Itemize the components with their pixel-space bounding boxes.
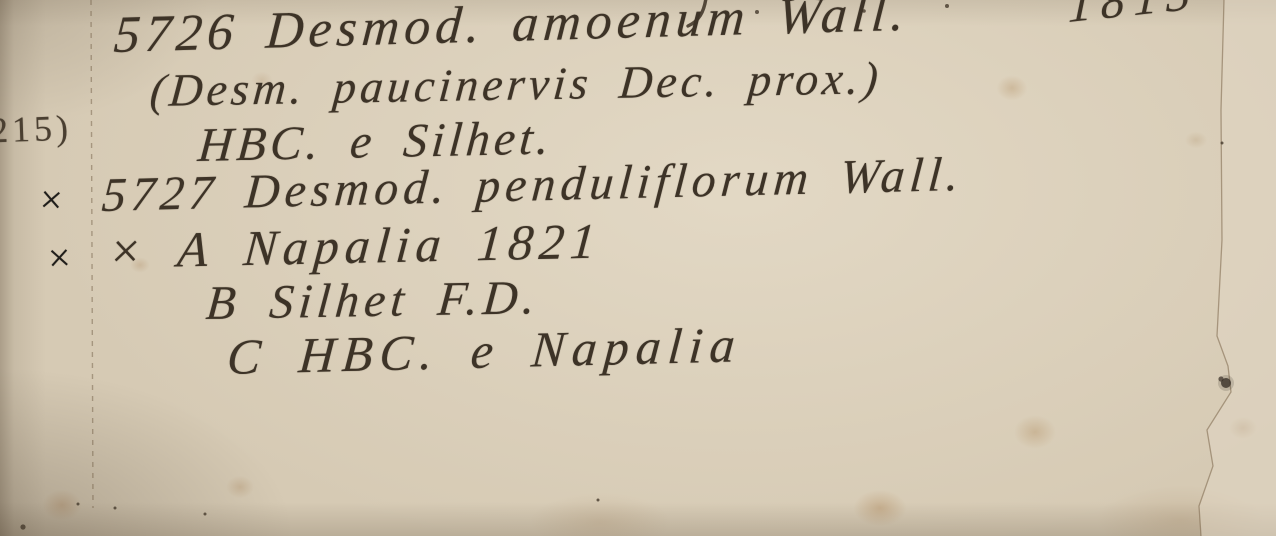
margin-cross-mark-a: × bbox=[47, 233, 72, 281]
margin-rule-line bbox=[91, 0, 93, 508]
ink-blot bbox=[1218, 375, 1234, 391]
entry-5726-synonym-line: (Desm. paucinervis Dec. prox.) bbox=[148, 51, 884, 117]
entry-5727-letter-c-line: C HBC. e Napalia bbox=[225, 315, 744, 386]
manuscript-page-scan: 1813 215) × × 5726 Desmod. amoenum Wall.… bbox=[0, 0, 1276, 536]
paper-under-edge bbox=[1199, 0, 1276, 536]
paper-edge-crease bbox=[1199, 0, 1231, 536]
margin-cross-mark-5727: × bbox=[38, 175, 64, 223]
folio-number: 215) bbox=[0, 107, 73, 152]
top-edge-text-fragment: 1813 bbox=[1067, 0, 1200, 34]
